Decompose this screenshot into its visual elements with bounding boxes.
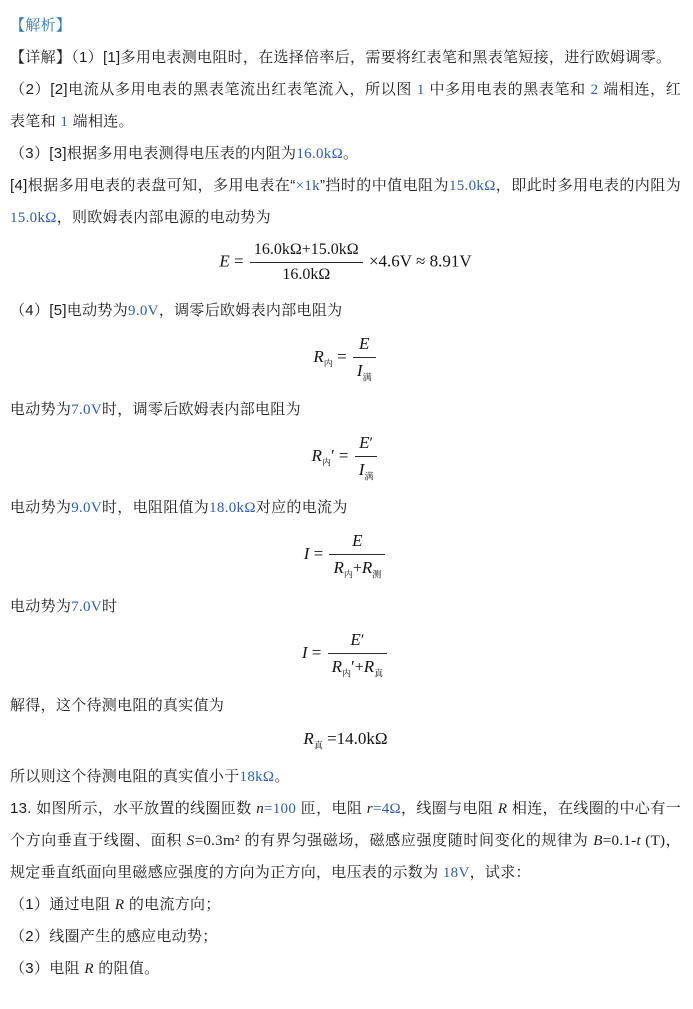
- text-run: 电动势为: [10, 401, 71, 418]
- math-variable: R内: [333, 558, 352, 577]
- math-variable-base: R: [312, 446, 322, 465]
- math-variable: R真: [303, 729, 322, 748]
- fraction: 16.0kΩ+15.0kΩ16.0kΩ: [250, 240, 363, 285]
- fraction-denominator: I满: [353, 358, 376, 384]
- math-variable-base: R: [362, 558, 372, 577]
- math-text: =: [230, 251, 248, 270]
- text-run: （2）线圈产生的感应电动势；: [10, 928, 218, 945]
- math-variable-base: R: [313, 347, 323, 366]
- math-text: =: [309, 545, 327, 564]
- text-run: 所以则这个待测电阻的真实值小于: [10, 768, 240, 785]
- math-variable: R: [498, 801, 507, 817]
- formula-current-9v: I = ER内+R测: [10, 530, 681, 581]
- number-value: 9.0V: [71, 500, 102, 516]
- number-value: 15.0kΩ: [10, 210, 57, 226]
- formula-internal-resistance-7v: R内′ = E′I满: [10, 432, 681, 483]
- text-run: ”挡时的中值电阻为: [320, 177, 449, 194]
- text-run: 电动势为: [10, 598, 71, 615]
- math-variable: E: [359, 433, 369, 452]
- text-run: 端相连。: [68, 113, 134, 130]
- math-text: =: [333, 347, 351, 366]
- text-run: 对应的电流为: [256, 499, 348, 516]
- text-run: （3）[3]根据多用电表测得电压表的内阻为: [10, 145, 296, 162]
- text-run: 的电流方向；: [124, 896, 220, 913]
- text-run: 13. 如图所示，水平放置的线圈匝数: [10, 800, 256, 817]
- math-text: =0.3m²: [195, 833, 240, 849]
- formula-current-7v: I = E′R内′+R真: [10, 629, 681, 680]
- fraction: E′R内′+R真: [328, 629, 388, 680]
- formula-true-resistance: R真 =14.0kΩ: [10, 728, 681, 752]
- math-variable: I满: [359, 460, 374, 479]
- math-text: ′: [370, 435, 374, 452]
- fraction-denominator: R内′+R真: [328, 654, 388, 680]
- paragraph-7v-zero: 电动势为7.0V时，调零后欧姆表内部电阻为: [10, 394, 681, 426]
- math-subscript: 测: [372, 570, 381, 580]
- paragraph-9v-current: 电动势为9.0V时，电阻阻值为18.0kΩ对应的电流为: [10, 492, 681, 524]
- text-run: ，试求：: [470, 864, 531, 881]
- paragraph-detail-1: 【详解】（1）[1]多用电表测电阻时，在选择倍率后，需要将红表笔和黑表笔短接，进…: [10, 42, 681, 74]
- text-run: 。: [274, 768, 289, 785]
- text-run: ，调零后欧姆表内部电阻为: [159, 302, 343, 319]
- math-text: =: [308, 643, 326, 662]
- formula-emf: E = 16.0kΩ+15.0kΩ16.0kΩ ×4.6V ≈ 8.91V: [10, 240, 681, 285]
- math-variable: R: [115, 897, 124, 913]
- text-run: 电动势为: [10, 499, 71, 516]
- number-value: 18.0kΩ: [209, 500, 256, 516]
- fraction-numerator: E′: [328, 629, 388, 654]
- math-variable-base: R: [333, 558, 343, 577]
- paragraph-detail-3: （3）[3]根据多用电表测得电压表的内阻为16.0kΩ。: [10, 138, 681, 170]
- math-variable: B: [593, 833, 602, 849]
- text-run: 匝，电阻: [296, 800, 367, 817]
- paragraph-detail-2: （2）[2]电流从多用电表的黑表笔流出红表笔流入，所以图 1 中多用电表的黑表笔…: [10, 74, 681, 138]
- math-variable: R内: [313, 347, 332, 366]
- math-subscript: 内: [322, 457, 331, 467]
- math-text: =14.0kΩ: [323, 729, 388, 748]
- math-subscript: 内: [344, 570, 353, 580]
- question-13: 13. 如图所示，水平放置的线圈匝数 n=100 匝，电阻 r=4Ω，线圈与电阻…: [10, 793, 681, 889]
- math-text: (T): [641, 833, 665, 849]
- text-run: ，则欧姆表内部电源的电动势为: [57, 209, 271, 226]
- fraction: EI满: [353, 333, 376, 384]
- math-variable: E: [352, 531, 362, 550]
- paragraph-detail-4: [4]根据多用电表的表盘可知，多用电表在“×1k”挡时的中值电阻为15.0kΩ，…: [10, 170, 681, 234]
- math-variable: R内′: [332, 657, 355, 676]
- number-value: 9.0V: [128, 303, 159, 319]
- fraction-numerator: 16.0kΩ+15.0kΩ: [250, 240, 363, 263]
- text-run: （4）[5]电动势为: [10, 302, 128, 319]
- text-run: 时: [102, 598, 117, 615]
- number-value: =100: [264, 801, 296, 817]
- paragraph-solve: 解得，这个待测电阻的真实值为: [10, 690, 681, 722]
- math-subscript: 内: [342, 668, 351, 678]
- math-text: =0.1-: [603, 833, 637, 849]
- number-value: 7.0V: [71, 599, 102, 615]
- number-value: 18kΩ: [240, 769, 275, 785]
- fraction: ER内+R测: [329, 530, 385, 581]
- math-text: +: [353, 560, 362, 577]
- fraction: E′I满: [355, 432, 378, 483]
- section-label-analysis: 【解析】: [10, 10, 681, 42]
- text-run: 解得，这个待测电阻的真实值为: [10, 697, 224, 714]
- math-subscript: 满: [364, 471, 373, 481]
- paragraph-7v-current: 电动势为7.0V时: [10, 591, 681, 623]
- math-variable: R真: [364, 657, 383, 676]
- text-run: （1）通过电阻: [10, 896, 115, 913]
- number-value: 18V: [443, 865, 470, 881]
- fraction-denominator: I满: [355, 457, 378, 483]
- document-body: 【解析】【详解】（1）[1]多用电表测电阻时，在选择倍率后，需要将红表笔和黑表笔…: [0, 0, 693, 1009]
- fraction-denominator: 16.0kΩ: [250, 263, 363, 285]
- math-text: +: [355, 659, 364, 676]
- fraction-numerator: E: [329, 530, 385, 555]
- math-variable: R: [84, 961, 93, 977]
- text-run: [4]根据多用电表的表盘可知，多用电表在“: [10, 177, 296, 194]
- math-subscript: 内: [324, 359, 333, 369]
- number-value: ×1k: [296, 178, 320, 194]
- math-variable-base: R: [332, 657, 342, 676]
- number-value: =4Ω: [373, 801, 401, 817]
- question-13-sub-2: （2）线圈产生的感应电动势；: [10, 921, 681, 953]
- math-variable: n: [256, 801, 264, 817]
- text-run: 【详解】（1）[1]多用电表测电阻时，在选择倍率后，需要将红表笔和黑表笔短接，进…: [10, 49, 671, 66]
- math-variable-base: R: [303, 729, 313, 748]
- number-value: 16.0kΩ: [296, 146, 343, 162]
- formula-internal-resistance-9v: R内 = EI满: [10, 333, 681, 384]
- text-run: 时，电阻阻值为: [102, 499, 209, 516]
- math-variable: E: [359, 334, 369, 353]
- paragraph-detail-5: （4）[5]电动势为9.0V，调零后欧姆表内部电阻为: [10, 295, 681, 327]
- math-text: ×4.6V ≈ 8.91V: [365, 251, 472, 270]
- math-text: ′: [361, 632, 365, 649]
- question-13-sub-1: （1）通过电阻 R 的电流方向；: [10, 889, 681, 921]
- math-subscript: 满: [363, 372, 372, 382]
- math-variable: S: [187, 833, 195, 849]
- math-text: 16.0kΩ+15.0kΩ: [254, 241, 359, 258]
- text-run: 的有界匀强磁场，磁感应强度随时间变化的规律为: [240, 832, 594, 849]
- text-run: 。: [343, 145, 358, 162]
- math-variable: E: [350, 630, 360, 649]
- fraction-numerator: E: [353, 333, 376, 358]
- section-label-text: 【解析】: [10, 17, 71, 34]
- math-variable: R测: [362, 558, 381, 577]
- math-variable: R内′: [312, 446, 335, 465]
- math-subscript: 真: [314, 740, 323, 750]
- text-run: （2）[2]电流从多用电表的黑表笔流出红表笔流入，所以图: [10, 81, 417, 98]
- math-variable: I满: [357, 361, 372, 380]
- text-run: 的阻值。: [94, 960, 160, 977]
- fraction-numerator: E′: [355, 432, 378, 457]
- text-run: （3）电阻: [10, 960, 84, 977]
- text-run: ，即此时多用电表的内阻为: [496, 177, 681, 194]
- text-run: 时，调零后欧姆表内部电阻为: [102, 401, 301, 418]
- number-value: 15.0kΩ: [449, 178, 496, 194]
- text-run: ，线圈与电阻: [401, 800, 498, 817]
- math-variable-base: R: [364, 657, 374, 676]
- math-text: 16.0kΩ: [282, 266, 330, 283]
- text-run: 中多用电表的黑表笔和: [425, 81, 591, 98]
- paragraph-conclusion: 所以则这个待测电阻的真实值小于18kΩ。: [10, 761, 681, 793]
- fraction-denominator: R内+R测: [329, 555, 385, 581]
- question-13-sub-3: （3）电阻 R 的阻值。: [10, 953, 681, 985]
- math-variable: E: [219, 251, 229, 270]
- number-value: 1: [417, 82, 425, 98]
- document-page: { "page": { "background": "#ffffff", "te…: [0, 0, 693, 1009]
- number-value: 7.0V: [71, 402, 102, 418]
- math-subscript: 真: [374, 668, 383, 678]
- math-text: =: [335, 446, 353, 465]
